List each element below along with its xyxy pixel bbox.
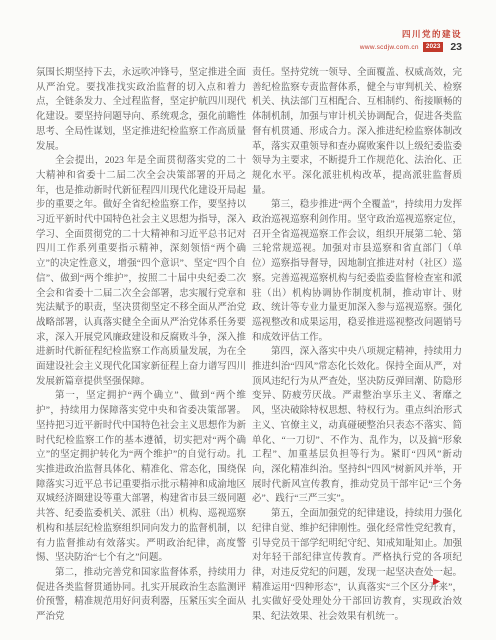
paragraph: 第一，坚定拥护“两个确立”、做到“两个维护”，持续用力保障落实党中央和省委决策部… <box>36 389 246 565</box>
paragraph: 全会提出，2023 年是全面贯彻落实党的二十大精神和省委十二届二次全会决策部署的… <box>36 154 246 389</box>
text-column-right: 责任。坚持党统一领导、全面覆盖、权威高效，完善纪检监察专责监督体系，健全与审判机… <box>252 66 462 625</box>
page-header: 四川党的建设 www.scdjw.com.cn 2023 23 <box>360 29 462 53</box>
paragraph: 第三，稳步推进“两个全覆盖”，持续用力发挥政治巡视巡察利剑作用。坚守政治巡视巡察… <box>252 198 462 345</box>
article-body: 氛围长期坚持下去，永远吹冲锋号，坚定推进全面从严治党。要找准找实政治监督的切入点… <box>36 66 462 625</box>
header-meta-row: www.scdjw.com.cn 2023 23 <box>360 41 462 53</box>
website-url: www.scdjw.com.cn <box>360 44 419 51</box>
page-number: 23 <box>450 41 462 53</box>
paragraph: 责任。坚持党统一领导、全面覆盖、权威高效，完善纪检监察专责监督体系，健全与审判机… <box>252 66 462 198</box>
continued-arrow-icon: ▶ <box>433 575 440 589</box>
paragraph: 氛围长期坚持下去，永远吹冲锋号，坚定推进全面从严治党。要找准找实政治监督的切入点… <box>36 66 246 154</box>
magazine-page: 四川党的建设 www.scdjw.com.cn 2023 23 氛围长期坚持下去… <box>0 0 496 640</box>
text-column-left: 氛围长期坚持下去，永远吹冲锋号，坚定推进全面从严治党。要找准找实政治监督的切入点… <box>36 66 246 625</box>
magazine-title: 四川党的建设 <box>360 29 462 39</box>
paragraph: 第四，深入落实中央八项规定精神，持续用力推进纠治“四风”常态化长效化。保持全面从… <box>252 345 462 507</box>
paragraph: 第二，推动完善党和国家监督体系，持续用力促进各类监督贯通协同。扎实开展政治生态监… <box>36 566 246 625</box>
paragraph: 第五，全面加强党的纪律建设，持续用力强化纪律自觉、维护纪律刚性。强化经常性党纪教… <box>252 507 462 625</box>
year-badge: 2023 <box>423 42 443 52</box>
